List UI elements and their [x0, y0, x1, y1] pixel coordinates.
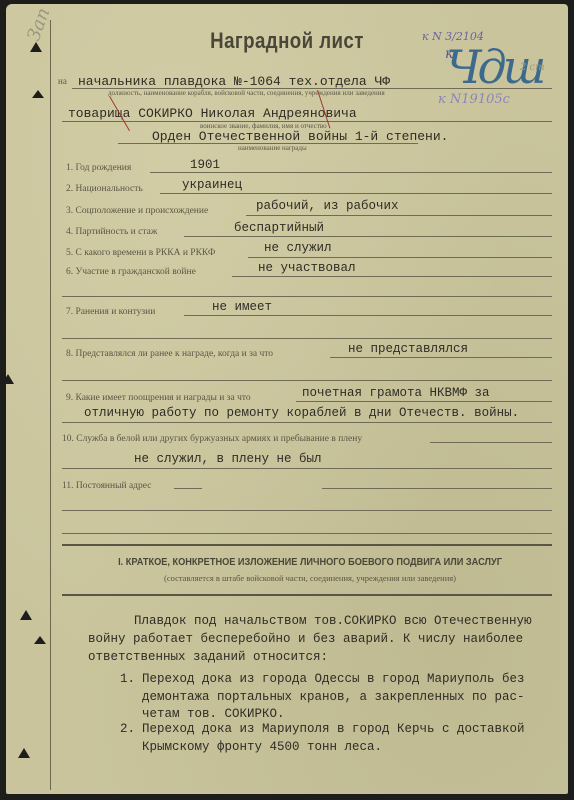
section-divider	[62, 594, 552, 596]
field-2-label: 2. Национальность	[66, 184, 143, 194]
rule	[184, 315, 552, 316]
narrative-item-line: четам тов. СОКИРКО.	[142, 707, 285, 721]
rule	[160, 193, 552, 194]
section-title: I. КРАТКОЕ, КОНКРЕТНОЕ ИЗЛОЖЕНИЕ ЛИЧНОГО…	[80, 557, 540, 568]
position-value: начальника плавдока №-1064 тех.отдела ЧФ	[78, 74, 390, 89]
to-prefix: на	[58, 76, 67, 86]
field-10-value: не служил, в плену не был	[134, 452, 322, 466]
field-7-value: не имеет	[212, 300, 272, 314]
rule	[184, 236, 552, 237]
field-2-value: украинец	[182, 178, 242, 192]
position-caption: должность, наименование корабля, войсков…	[108, 89, 385, 97]
recipient-name-value: товарища СОКИРКО Николая Андреяновича	[68, 106, 357, 121]
narrative-item-line: демонтажа портальных кранов, а закреплен…	[142, 690, 525, 704]
field-11-label: 11. Постоянный адрес	[62, 481, 151, 491]
rule	[296, 401, 552, 402]
rule	[62, 533, 552, 534]
field-6-value: не участвовал	[258, 261, 356, 275]
rule	[248, 257, 552, 258]
rule	[62, 296, 552, 297]
field-9-value-continued: отличную работу по ремонту кораблей в дн…	[84, 406, 519, 420]
narrative-line: войну работает бесперебойно и без аварий…	[88, 632, 523, 646]
rule	[430, 442, 552, 443]
faint-annotation: 2 ст	[520, 62, 545, 73]
rule	[232, 276, 552, 277]
section-subtitle: (составляется в штабе войсковой части, с…	[60, 573, 560, 583]
punch-hole	[20, 610, 32, 620]
narrative-line: ответственных заданий относится:	[88, 650, 328, 664]
field-4-value: беспартийный	[234, 221, 324, 235]
field-9-label: 9. Какие имеет поощрения и награды и за …	[66, 393, 251, 403]
field-8-label: 8. Представлялся ли ранее к награде, ког…	[66, 349, 273, 359]
rule	[62, 380, 552, 381]
margin-line	[50, 20, 51, 790]
rule	[62, 468, 552, 469]
rule	[246, 215, 552, 216]
field-8-value: не представлялся	[348, 342, 468, 356]
punch-hole	[2, 374, 14, 384]
field-1-value: 1901	[190, 158, 220, 172]
rule	[62, 338, 552, 339]
rule	[330, 357, 552, 358]
field-10-label: 10. Служба в белой или других буржуазных…	[62, 434, 362, 444]
registration-number-annotation: к N19105с	[438, 92, 510, 107]
rule	[174, 488, 202, 489]
narrative-line: Плавдок под начальством тов.СОКИРКО всю …	[134, 614, 532, 628]
rule	[62, 422, 552, 423]
field-3-value: рабочий, из рабочих	[256, 199, 399, 213]
rule	[62, 510, 552, 511]
field-6-label: 6. Участие в гражданской войне	[66, 267, 196, 277]
award-caption: наименование награды	[238, 144, 307, 152]
punch-hole	[34, 636, 46, 644]
field-4-label: 4. Партийность и стаж	[66, 227, 157, 237]
narrative-item-number: 1.	[120, 672, 135, 686]
award-value: Орден Отечественной войны 1-й степени.	[152, 129, 448, 144]
narrative-item-number: 2.	[120, 722, 135, 736]
narrative-item-line: Переход дока из Мариуполя в город Керчь …	[142, 722, 525, 736]
field-9-value: почетная грамота НКВМФ за	[302, 386, 490, 400]
narrative-item-line: Крымскому фронту 4500 тонн леса.	[142, 740, 382, 754]
field-3-label: 3. Соцположение и происхождение	[66, 206, 208, 216]
punch-hole	[18, 748, 30, 758]
rule	[322, 488, 552, 489]
field-5-label: 5. С какого времени в РККА и РККФ	[66, 248, 215, 258]
narrative-item-line: Переход дока из города Одессы в город Ма…	[142, 672, 525, 686]
rule	[150, 172, 552, 173]
punch-hole	[30, 42, 42, 52]
field-5-value: не служил	[264, 241, 332, 255]
punch-hole	[32, 90, 44, 98]
field-7-label: 7. Ранения и контузии	[66, 307, 155, 317]
section-divider	[62, 544, 552, 546]
field-1-label: 1. Год рождения	[66, 163, 131, 173]
